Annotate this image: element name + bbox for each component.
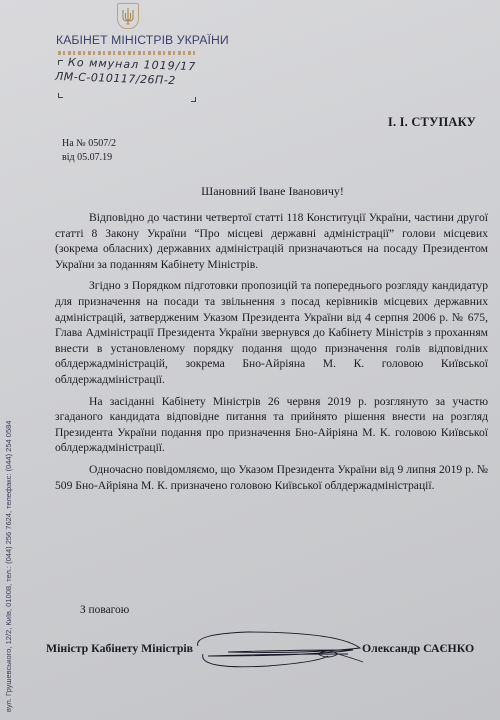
paragraph: Згідно з Порядком підготовки пропозицій … xyxy=(55,278,488,387)
paragraph: Одночасно повідомляємо, що Указом Презид… xyxy=(55,462,488,493)
stamp-corner xyxy=(58,93,63,98)
stamp-corner xyxy=(58,60,63,65)
salutation: Шановний Іване Івановичу! xyxy=(0,184,500,199)
signer-name: Олександр САЄНКО xyxy=(362,641,474,656)
registration-stamp-line2: ЛМ-С-010117/26П-2 xyxy=(55,70,176,87)
letter-body: Відповідно до частини четвертої статті 1… xyxy=(55,210,488,499)
paragraph: На засіданні Кабінету Міністрів 26 червн… xyxy=(55,394,488,456)
side-address: вул. Грушевського, 12/2, Київ, 01008, те… xyxy=(4,421,13,712)
reference-number: На № 0507/2 xyxy=(62,137,116,151)
organization-name: КАБІНЕТ МІНІСТРІВ УКРАЇНИ xyxy=(56,33,229,47)
addressee: І. І. СТУПАКУ xyxy=(388,115,476,130)
trident-coat-of-arms-icon xyxy=(117,3,139,29)
signer-title: Міністр Кабінету Міністрів xyxy=(46,641,193,656)
ornament-divider xyxy=(58,51,198,55)
closing: З повагою xyxy=(80,604,129,616)
reference-block: На № 0507/2 від 05.07.19 xyxy=(62,137,116,165)
letter-page: КАБІНЕТ МІНІСТРІВ УКРАЇНИ Ко ммунал 1019… xyxy=(0,0,500,720)
stamp-corner xyxy=(191,97,196,102)
reference-date: від 05.07.19 xyxy=(62,151,116,165)
trident-icon xyxy=(120,6,136,26)
paragraph: Відповідно до частини четвертої статті 1… xyxy=(55,210,488,272)
signature-icon xyxy=(188,626,368,672)
